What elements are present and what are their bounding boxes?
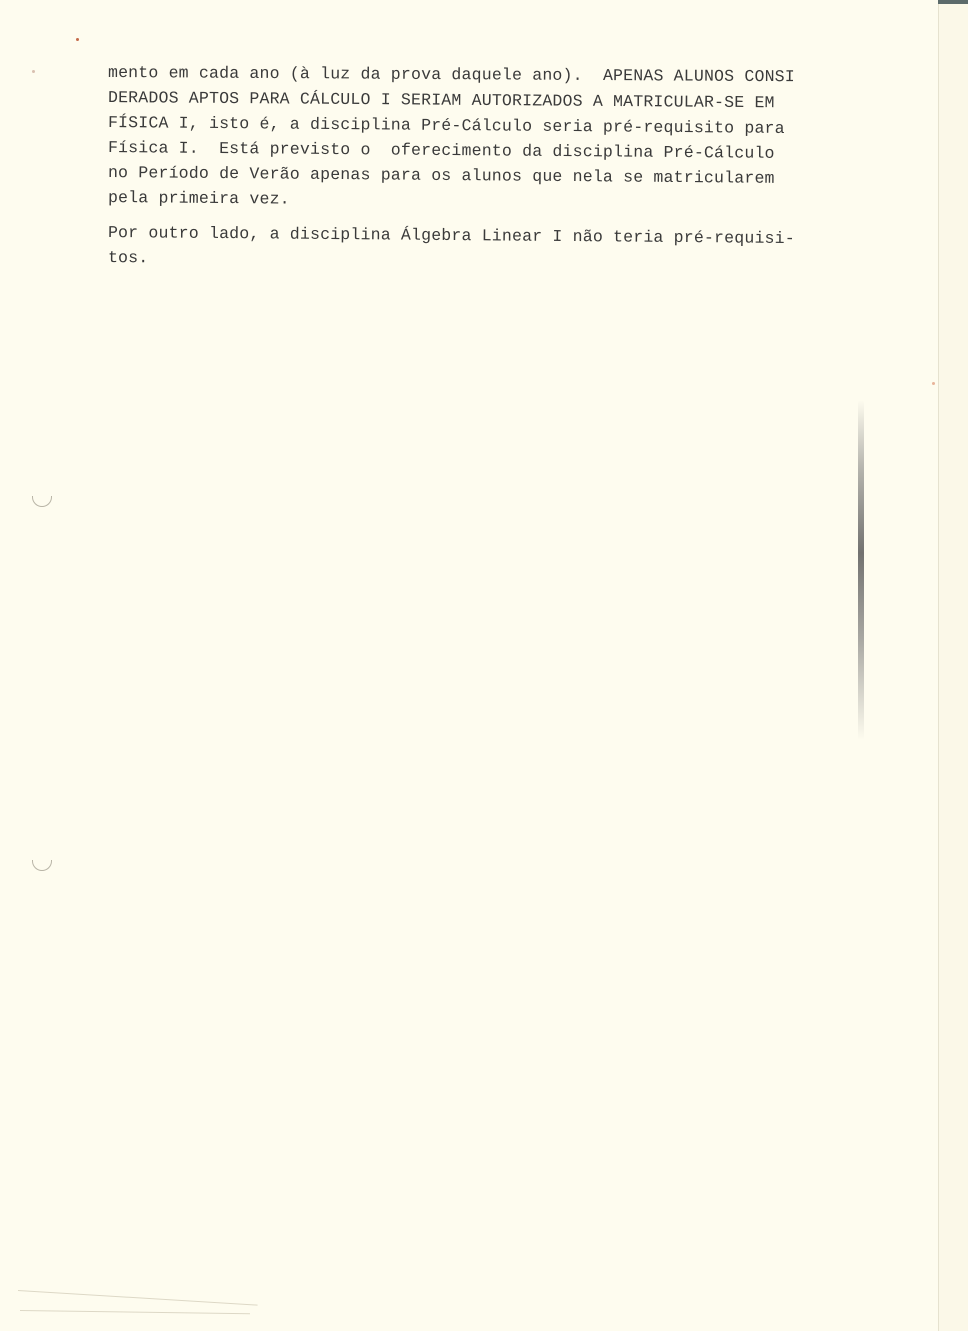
page-edge-top	[938, 0, 968, 4]
ink-speck	[76, 38, 79, 41]
paragraph-1: mento em cada ano (à luz da prova daquel…	[108, 60, 898, 210]
paragraph-2: Por outro lado, a disciplina Álgebra Lin…	[108, 220, 898, 270]
ink-speck	[932, 382, 935, 385]
ink-speck	[32, 70, 35, 73]
pencil-margin-mark	[858, 400, 864, 740]
typed-text-body: mento em cada ano (à luz da prova daquel…	[108, 60, 898, 270]
page-edge	[938, 0, 968, 1331]
